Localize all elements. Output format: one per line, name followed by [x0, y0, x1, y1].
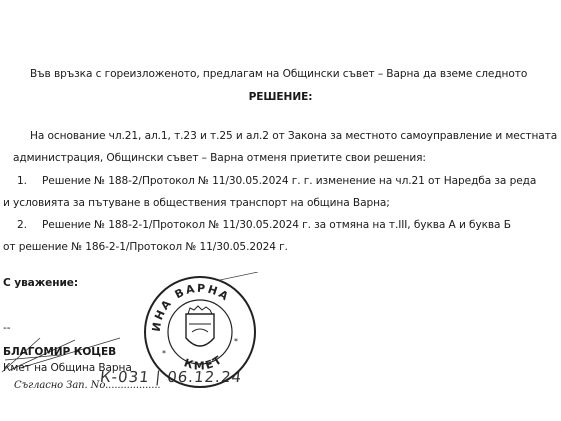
- basis-line-1: На основание чл.21, ал.1, т.23 и т.25 и …: [30, 130, 557, 142]
- list-item-2-line2: от решение № 186-2-1/Протокол № 11/30.05…: [3, 241, 288, 253]
- registry-label-text: Съгласно Зап. No: [14, 380, 105, 391]
- signatory-name: БЛАГОМИР КОЦЕВ: [3, 346, 116, 358]
- list-item-1-number: 1.: [17, 175, 27, 187]
- coat-of-arms-icon: [186, 306, 214, 346]
- list-item-1-line1: Решение № 188-2/Протокол № 11/30.05.2024…: [42, 175, 536, 187]
- list-item-1-line2: и условията за пътуване в обществения тр…: [3, 197, 390, 209]
- svg-text:КМЕТ: КМЕТ: [182, 353, 225, 373]
- svg-text:*: *: [234, 337, 238, 346]
- list-item-2-line1: Решение № 188-2-1/Протокол № 11/30.05.20…: [42, 219, 511, 231]
- svg-text:*: *: [162, 349, 166, 358]
- official-stamp: ИНА ВАРНА КМЕТ * *: [140, 272, 260, 392]
- decision-heading: РЕШЕНИЕ:: [0, 91, 561, 103]
- list-item-2-number: 2.: [17, 219, 27, 231]
- closing-salutation: С уважение:: [3, 277, 78, 289]
- basis-line-2: администрация, Общински съвет – Варна от…: [13, 152, 426, 164]
- intro-paragraph: Във връзка с гореизложеното, предлагам н…: [30, 68, 527, 80]
